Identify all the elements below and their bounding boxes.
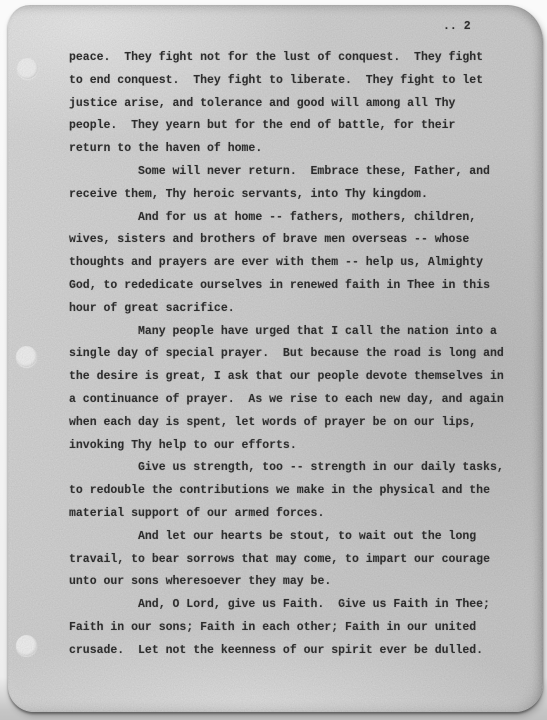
text-line: Many people have urged that I call the n…	[69, 321, 535, 344]
text-line: justice arise, and tolerance and good wi…	[69, 93, 535, 116]
text-line: travail, to bear sorrows that may come, …	[69, 549, 535, 572]
text-line: single day of special prayer. But becaus…	[69, 343, 535, 366]
text-line: And, O Lord, give us Faith. Give us Fait…	[69, 594, 535, 617]
paragraph: Many people have urged that I call the n…	[69, 321, 535, 458]
punch-hole-bottom	[16, 635, 37, 656]
punch-hole-top	[17, 58, 38, 79]
text-line: God, to rededicate ourselves in renewed …	[69, 275, 535, 298]
text-line: return to the haven of home.	[69, 138, 535, 161]
text-line: unto our sons wheresoever they may be.	[69, 571, 535, 594]
typewritten-page: .. 2 peace. They fight not for the lust …	[8, 5, 543, 712]
text-line: a continuance of prayer. As we rise to e…	[69, 389, 535, 412]
text-line: people. They yearn but for the end of ba…	[69, 115, 535, 138]
text-line: the desire is great, I ask that our peop…	[69, 366, 535, 389]
text-line: material support of our armed forces.	[69, 503, 535, 526]
paragraph: peace. They fight not for the lust of co…	[69, 47, 535, 161]
text-line: receive them, Thy heroic servants, into …	[69, 184, 535, 207]
text-line: Give us strength, too -- strength in our…	[69, 457, 535, 480]
document-body: peace. They fight not for the lust of co…	[69, 47, 535, 663]
text-line: peace. They fight not for the lust of co…	[69, 47, 535, 70]
text-line: to redouble the contributions we make in…	[69, 480, 535, 503]
text-line: when each day is spent, let words of pra…	[69, 412, 535, 435]
page-number: .. 2	[443, 20, 471, 33]
text-line: thoughts and prayers are ever with them …	[69, 252, 535, 275]
scanned-document-screenshot: { "colors": { "paper": "#d4d4d4", "ink":…	[0, 0, 547, 720]
text-line: invoking Thy help to our efforts.	[69, 435, 535, 458]
text-line: Faith in our sons; Faith in each other; …	[69, 617, 535, 640]
paragraph: And let our hearts be stout, to wait out…	[69, 526, 535, 594]
text-line: Some will never return. Embrace these, F…	[69, 161, 535, 184]
text-line: And let our hearts be stout, to wait out…	[69, 526, 535, 549]
text-line: wives, sisters and brothers of brave men…	[69, 229, 535, 252]
paragraph: And, O Lord, give us Faith. Give us Fait…	[69, 594, 535, 662]
punch-hole-middle	[16, 346, 37, 367]
text-line: to end conquest. They fight to liberate.…	[69, 70, 535, 93]
paragraph: Give us strength, too -- strength in our…	[69, 457, 535, 525]
text-line: hour of great sacrifice.	[69, 298, 535, 321]
text-line: And for us at home -- fathers, mothers, …	[69, 207, 535, 230]
paragraph: Some will never return. Embrace these, F…	[69, 161, 535, 207]
text-line: crusade. Let not the keenness of our spi…	[69, 640, 535, 663]
paragraph: And for us at home -- fathers, mothers, …	[69, 207, 535, 321]
